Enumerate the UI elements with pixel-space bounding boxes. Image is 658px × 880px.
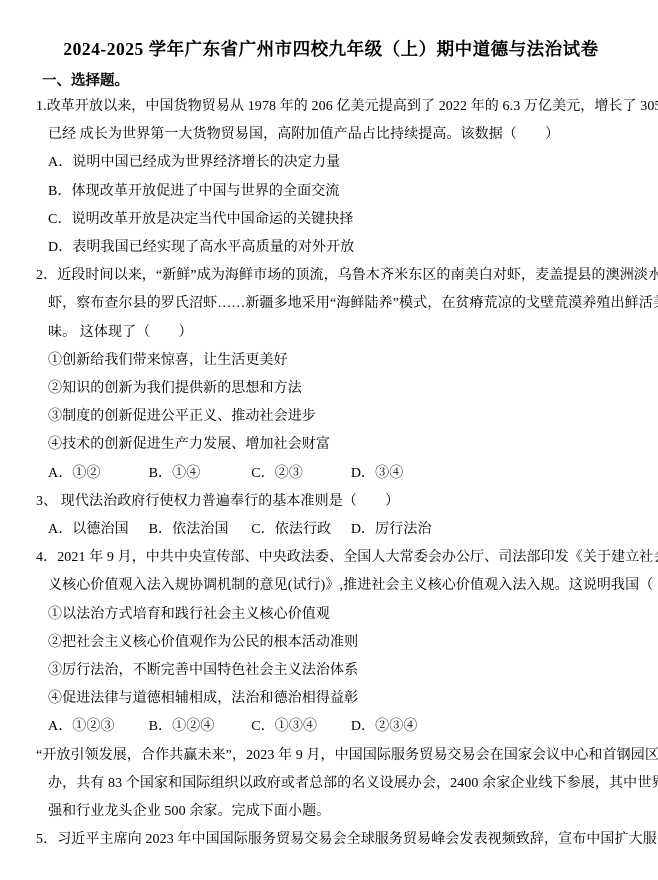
question-3-option-c: C．依法行政	[251, 516, 347, 544]
question-4-item-3: ③厉行法治，不断完善中国特色社会主义法治体系	[36, 657, 626, 685]
question-1-option-a: A．说明中国已经成为世界经济增长的决定力量	[36, 149, 626, 177]
question-4-option-c: C．①③④	[251, 713, 347, 741]
question-3-options: A．以德治国 B．依法治国 C．依法行政 D．厉行法治	[36, 516, 626, 544]
passage-line-2: 办，共有 83 个国家和国际组织以政府或者总部的名义设展办会，2400 余家企业…	[36, 770, 626, 798]
question-2-option-d: D．③④	[351, 460, 404, 488]
question-3-line-1: 3、 现代法治政府行使权力普遍奉行的基本准则是（ ）	[36, 488, 626, 516]
passage-line-1: “开放引领发展，合作共赢未来”，2023 年 9 月，中国国际服务贸易交易会在国…	[36, 742, 626, 770]
passage-line-3: 强和行业龙头企业 500 余家。完成下面小题。	[36, 798, 626, 826]
question-2-line-2: 虾，察布查尔县的罗氏沼虾……新疆多地采用“海鲜陆养”模式，在贫瘠荒凉的戈壁荒漠养…	[36, 290, 626, 318]
question-4-item-4: ④促进法律与道德相辅相成，法治和德治相得益彰	[36, 685, 626, 713]
question-4-options: A．①②③ B．①②④ C．①③④ D．②③④	[36, 713, 626, 741]
question-2-options: A．①② B．①④ C．②③ D．③④	[36, 460, 626, 488]
exam-title: 2024-2025 学年广东省广州市四校九年级（上）期中道德与法治试卷	[36, 36, 626, 62]
question-5-line-1: 5．习近平主席向 2023 年中国国际服务贸易交易会全球服务贸易峰会发表视频致辞…	[36, 826, 626, 854]
question-4-line-1: 4．2021 年 9 月，中共中央宣传部、中央政法委、全国人大常委会办公厅、司法…	[36, 544, 626, 572]
exam-page: 2024-2025 学年广东省广州市四校九年级（上）期中道德与法治试卷 一、选择…	[0, 0, 658, 880]
question-2-option-b: B．①④	[149, 460, 248, 488]
question-2-option-c: C．②③	[251, 460, 347, 488]
question-4-option-d: D．②③④	[351, 713, 418, 741]
question-3-option-a: A．以德治国	[48, 516, 145, 544]
question-3-option-d: D．厉行法治	[351, 516, 432, 544]
question-2-line-1: 2．近段时间以来，“新鲜”成为海鲜市场的顶流，乌鲁木齐米东区的南美白对虾，麦盖提…	[36, 262, 626, 290]
question-4-line-2: 义核心价值观入法入规协调机制的意见(试行)》,推进社会主义核心价值观入法入规。这…	[36, 572, 626, 600]
question-2-line-3: 味。 这体现了（ ）	[36, 319, 626, 347]
question-1-option-b: B．体现改革开放促进了中国与世界的全面交流	[36, 178, 626, 206]
question-4-option-a: A．①②③	[48, 713, 145, 741]
section-heading: 一、选择题。	[42, 71, 626, 91]
question-1-option-c: C．说明改革开放是决定当代中国命运的关键抉择	[36, 206, 626, 234]
question-3-option-b: B．依法治国	[149, 516, 248, 544]
question-1-line-1: 1.改革开放以来，中国货物贸易从 1978 年的 206 亿美元提高到了 202…	[36, 93, 626, 121]
question-2-item-4: ④技术的创新促进生产力发展、增加社会财富	[36, 431, 626, 459]
question-2-item-2: ②知识的创新为我们提供新的思想和方法	[36, 375, 626, 403]
question-2-option-a: A．①②	[48, 460, 145, 488]
question-2-item-3: ③制度的创新促进公平正义、推动社会进步	[36, 403, 626, 431]
question-4-item-2: ②把社会主义核心价值观作为公民的根本活动准则	[36, 629, 626, 657]
question-1-line-2: 已经 成长为世界第一大货物贸易国，高附加值产品占比持续提高。该数据（ ）	[36, 121, 626, 149]
question-4-option-b: B．①②④	[149, 713, 248, 741]
question-4-item-1: ①以法治方式培育和践行社会主义核心价值观	[36, 601, 626, 629]
question-2-item-1: ①创新给我们带来惊喜，让生活更美好	[36, 347, 626, 375]
question-1-option-d: D．表明我国已经实现了高水平高质量的对外开放	[36, 234, 626, 262]
